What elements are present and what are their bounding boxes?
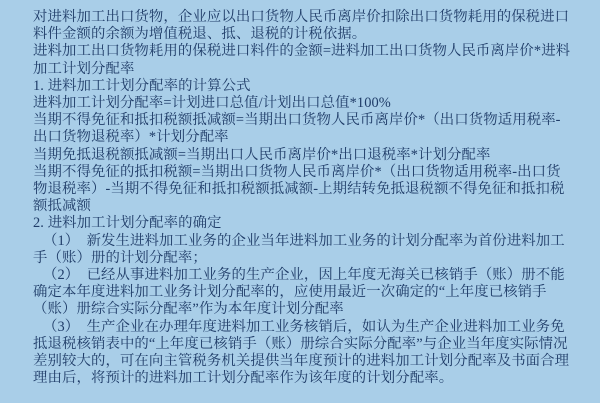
document-body: 对进料加工出口货物，企业应以出口货物人民币离岸价扣除出口货物耗用的保税进口料件金… [0,0,600,403]
paragraph-non-exempt-deduction-offset-formula: 当期不得免征和抵扣税额抵减额=当期出口货物人民币离岸价*（出口货物适用税率-出口… [33,112,573,146]
paragraph-exempt-offset-refund-formula: 当期免抵退税额抵减额=当期出口人民币离岸价*出口退税率*计划分配率 [33,147,573,164]
list-item-3: （3） 生产企业在办理年度进料加工业务核销后，如认为生产企业进料加工业务免抵退税… [33,319,573,388]
paragraph-planned-distribution-rate-formula: 进料加工计划分配率=计划进口总值/计划出口总值*100% [33,95,573,112]
list-item-2: （2） 已经从事进料加工业务的生产企业，因上年度无海关已核销手（账）册不能确定本… [33,267,573,319]
paragraph-non-exempt-deductible-tax-formula: 当期不得免征的抵扣税额=当期出口货物人民币离岸价*（出口货物适用税率-出口货物退… [33,164,573,216]
heading-1-formula: 1. 进料加工计划分配率的计算公式 [33,78,573,95]
paragraph-tax-basis: 对进料加工出口货物，企业应以出口货物人民币离岸价扣除出口货物耗用的保税进口料件金… [33,9,573,43]
list-item-1: （1） 新发生进料加工业务的企业当年进料加工业务的计划分配率为首份进料加工手（账… [33,233,573,267]
heading-2-determination: 2. 进料加工计划分配率的确定 [33,215,573,232]
paragraph-bonded-materials-formula: 进料加工出口货物耗用的保税进口料件的金额=进料加工出口货物人民币离岸价*进料加工… [33,43,573,77]
